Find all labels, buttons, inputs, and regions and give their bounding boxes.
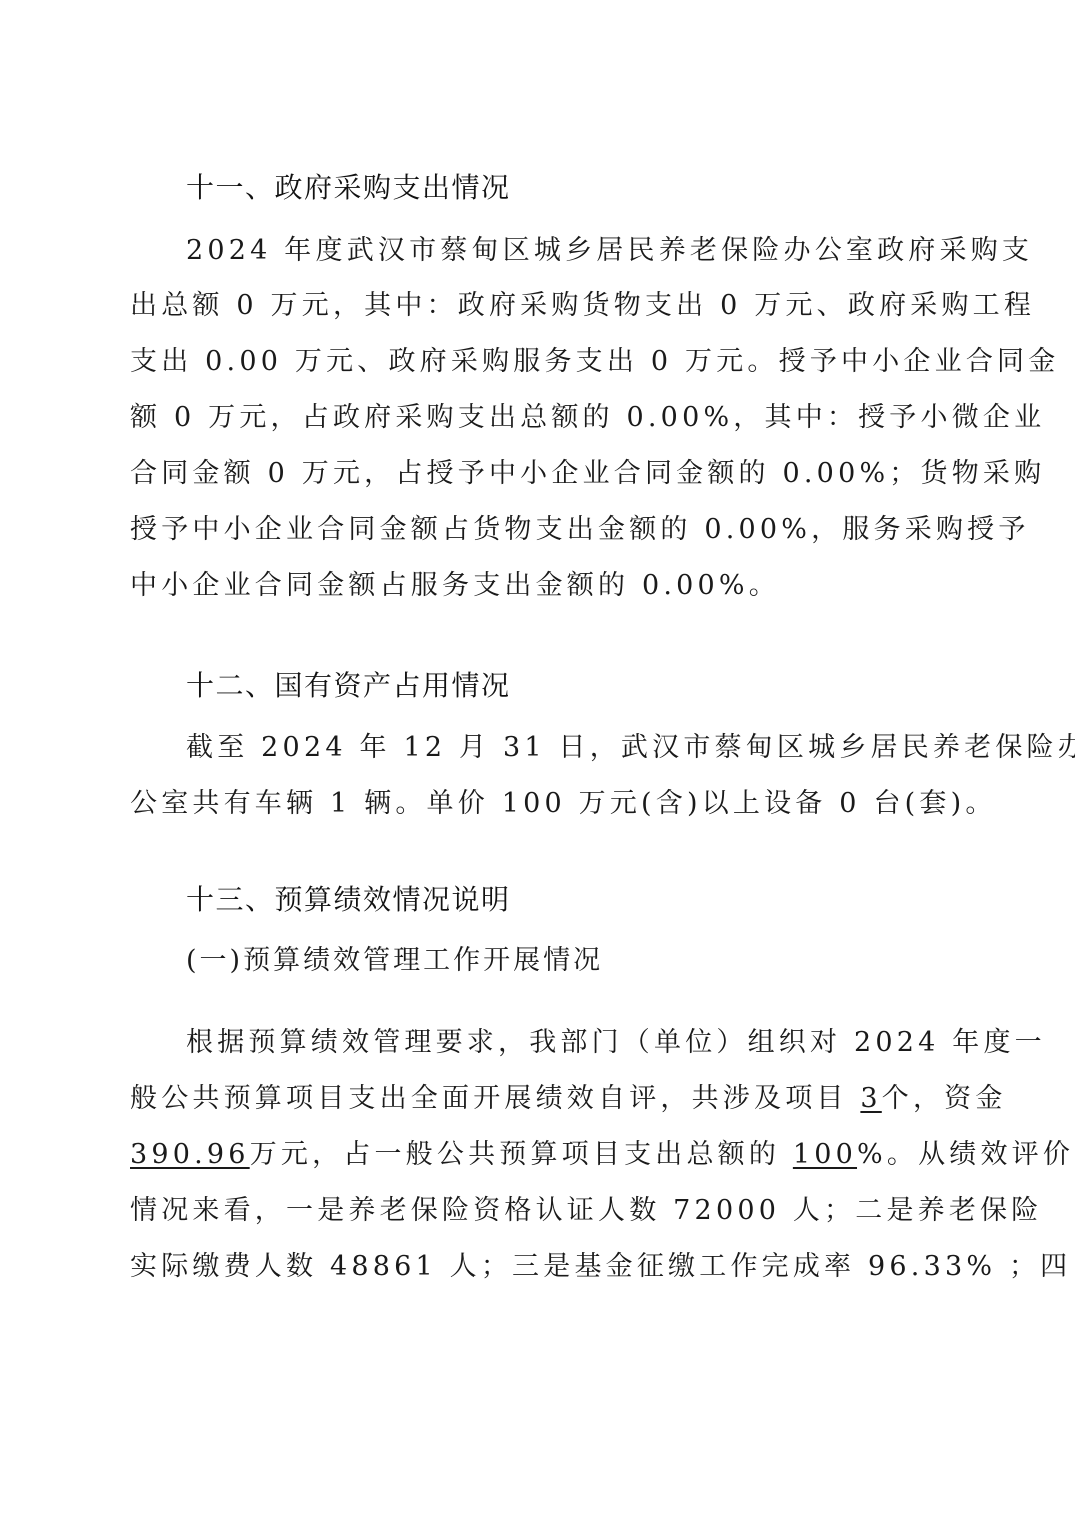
text-segment: 个，资金: [882, 1083, 1007, 1114]
text-segment: 万元，占一般公共预算项目支出总额的: [250, 1139, 793, 1170]
percent-value: 100: [793, 1139, 857, 1170]
section-heading-performance: 十三、预算绩效情况说明: [186, 882, 511, 918]
section-heading-state-assets: 十二、国有资产占用情况: [186, 668, 511, 704]
paragraph-line: 支出 0.00 万元、政府采购服务支出 0 万元。授予中小企业合同金: [130, 344, 1059, 380]
text-segment: 般公共预算项目支出全面开展绩效自评，共涉及项目: [130, 1083, 860, 1114]
project-count: 3: [860, 1083, 881, 1114]
paragraph-line: 额 0 万元，占政府采购支出总额的 0.00%，其中：授予小微企业: [130, 400, 1045, 436]
paragraph-line: 2024 年度武汉市蔡甸区城乡居民养老保险办公室政府采购支: [186, 233, 1033, 269]
paragraph-line: 中小企业合同金额占服务支出金额的 0.00%。: [130, 568, 780, 604]
subsection-heading: (一)预算绩效管理工作开展情况: [186, 943, 603, 979]
paragraph-line: 般公共预算项目支出全面开展绩效自评，共涉及项目 3个，资金: [130, 1081, 1007, 1117]
paragraph-line: 公室共有车辆 1 辆。单价 100 万元(含)以上设备 0 台(套)。: [130, 786, 997, 822]
paragraph-line: 390.96万元，占一般公共预算项目支出总额的 100%。从绩效评价: [130, 1137, 1074, 1173]
paragraph-line: 截至 2024 年 12 月 31 日，武汉市蔡甸区城乡居民养老保险办: [186, 730, 1075, 766]
document-page: 十一、政府采购支出情况 2024 年度武汉市蔡甸区城乡居民养老保险办公室政府采购…: [0, 0, 1075, 1520]
paragraph-line: 合同金额 0 万元，占授予中小企业合同金额的 0.00%；货物采购: [130, 456, 1045, 492]
paragraph-line: 根据预算绩效管理要求，我部门（单位）组织对 2024 年度一: [186, 1025, 1046, 1061]
paragraph-line: 实际缴费人数 48861 人；三是基金征缴工作完成率 96.33% ；四: [130, 1249, 1071, 1285]
paragraph-line: 授予中小企业合同金额占货物支出金额的 0.00%，服务采购授予: [130, 512, 1030, 548]
funds-amount: 390.96: [130, 1139, 250, 1170]
paragraph-line: 出总额 0 万元，其中：政府采购货物支出 0 万元、政府采购工程: [130, 288, 1035, 324]
section-heading-procurement: 十一、政府采购支出情况: [186, 170, 511, 206]
paragraph-line: 情况来看，一是养老保险资格认证人数 72000 人；二是养老保险: [130, 1193, 1042, 1229]
text-segment: %。从绩效评价: [857, 1139, 1074, 1170]
